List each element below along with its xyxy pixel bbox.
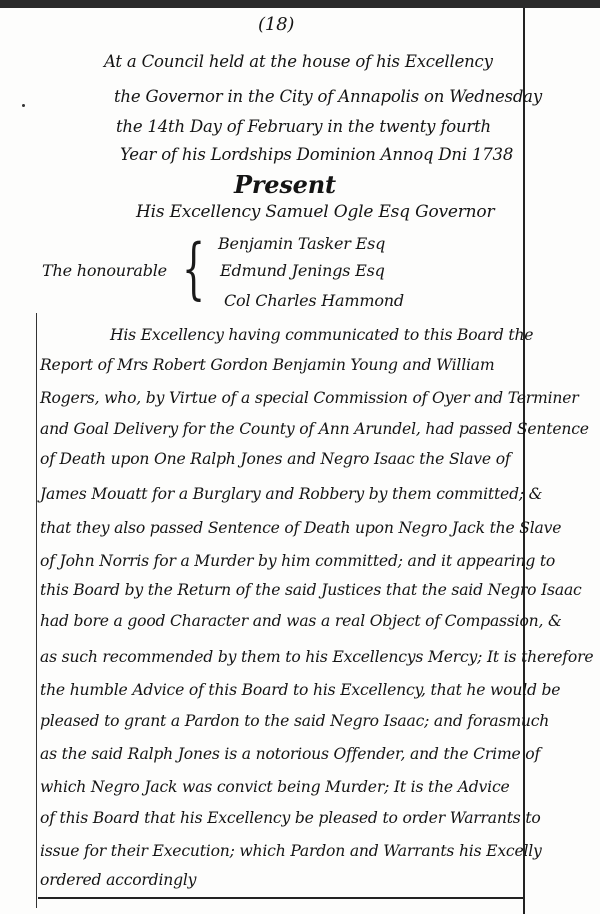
page-number: (18) [258,14,294,35]
body-line-15: which Negro Jack was convict being Murde… [40,778,510,796]
body-line-17: issue for their Execution; which Pardon … [40,842,542,860]
governor-line: His Excellency Samuel Ogle Esq Governor [136,202,494,222]
body-line-1: His Excellency having communicated to th… [110,326,533,344]
body-line-12: the humble Advice of this Board to his E… [40,681,560,699]
bottom-rule [38,897,524,899]
heading-line-2: the Governor in the City of Annapolis on… [114,87,542,106]
scan-top-edge [0,0,600,8]
body-line-10: had bore a good Character and was a real… [40,612,562,630]
left-margin-rule [36,313,37,908]
brace-symbol: { [182,236,205,302]
member-2: Edmund Jenings Esq [220,261,385,280]
honourable-label: The honourable [42,261,167,280]
body-line-7: that they also passed Sentence of Death … [40,519,561,537]
body-line-8: of John Norris for a Murder by him commi… [40,552,555,570]
body-line-14: as the said Ralph Jones is a notorious O… [40,745,540,763]
ink-speck [22,104,25,107]
body-line-13: pleased to grant a Pardon to the said Ne… [40,712,549,730]
body-line-16: of this Board that his Excellency be ple… [40,809,541,827]
heading-line-1: At a Council held at the house of his Ex… [104,52,493,71]
manuscript-page: (18) At a Council held at the house of h… [0,8,600,914]
body-line-5: of Death upon One Ralph Jones and Negro … [40,450,510,468]
body-line-18: ordered accordingly [40,871,196,889]
body-line-3: Rogers, who, by Virtue of a special Comm… [40,389,578,407]
body-line-4: and Goal Delivery for the County of Ann … [40,420,589,438]
member-1: Benjamin Tasker Esq [218,234,385,253]
body-line-2: Report of Mrs Robert Gordon Benjamin You… [40,356,494,374]
body-line-9: this Board by the Return of the said Jus… [40,581,582,599]
heading-line-4: Year of his Lordships Dominion Annoq Dni… [120,145,513,164]
present-heading: Present [234,170,336,199]
body-line-6: James Mouatt for a Burglary and Robbery … [40,485,542,503]
body-line-11: as such recommended by them to his Excel… [40,648,593,666]
member-3: Col Charles Hammond [224,291,404,310]
heading-line-3: the 14th Day of February in the twenty f… [116,117,491,136]
right-margin-rule [523,8,525,914]
